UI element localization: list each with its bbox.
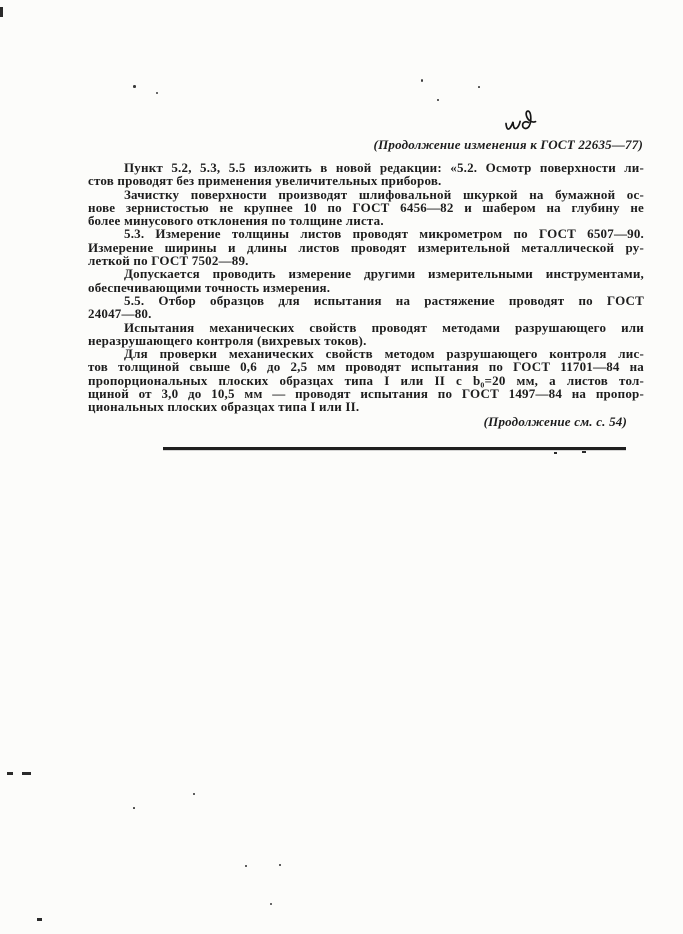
scan-tick-mark [582,451,586,453]
text-line: более минусового отклонения по толщине л… [88,214,644,227]
ink-speck [133,807,135,809]
ink-speck [421,79,423,82]
scan-dash-mark [37,918,42,921]
ink-speck [245,865,247,867]
text-line: циональных плоских образцах типа I или I… [88,400,644,413]
ink-speck [478,86,480,88]
text-line: тов толщиной свыше 0,6 до 2,5 мм проводя… [88,360,644,373]
handwritten-annotation: wd [503,108,539,136]
body-text: Пункт 5.2, 5.3, 5.5 изложить в новой ред… [88,161,644,414]
text-line: Допускается проводить измерение другими … [88,267,644,280]
text-line: обеспечивающими точность измерения. [88,281,644,294]
separator-rule [163,447,626,450]
scan-edge-mark [0,7,3,17]
text-block: (Продолжение изменения к ГОСТ 22635—77) … [88,138,644,429]
text-line: леткой по ГОСТ 7502—89. [88,254,644,267]
handwritten-annotation-text: wd [539,108,540,109]
text-line: 5.5. Отбор образцов для испытания на рас… [88,294,644,307]
text-line: неразрушающего контроля (вихревых токов)… [88,334,644,347]
text-line: Пункт 5.2, 5.3, 5.5 изложить в новой ред… [88,161,644,174]
scanned-document-page: wd (Продолжение изменения к ГОСТ 22635—7… [0,0,683,934]
text-line: стов проводят без применения увеличитель… [88,174,644,187]
ink-speck [270,903,272,905]
scan-tick-mark [554,452,557,454]
text-line: Испытания механических свойств проводят … [88,321,644,334]
scan-dash-mark [22,772,31,775]
ink-speck [156,92,158,94]
ink-speck [279,864,281,866]
continuation-header-note: (Продолжение изменения к ГОСТ 22635—77) [88,138,644,152]
text-line: Зачистку поверхности производят шлифовал… [88,188,644,201]
ink-speck [133,85,136,88]
scan-dash-mark [7,772,13,775]
ink-speck [437,99,439,101]
text-line: щиной от 3,0 до 10,5 мм — проводят испыт… [88,387,644,400]
text-line: 24047—80. [88,307,644,320]
text-line: пропорциональных плоских образцах типа I… [88,374,644,387]
text-line: Измерение ширины и длины листов проводят… [88,241,644,254]
text-line: нове зернистостью не крупнее 10 по ГОСТ … [88,201,644,214]
text-line: 5.3. Измерение толщины листов проводят м… [88,227,644,240]
ink-speck [193,793,195,795]
text-line: Для проверки механических свойств методо… [88,347,644,360]
handwriting-wd-icon [503,108,539,136]
continuation-footer-note: (Продолжение см. с. 54) [88,415,644,429]
